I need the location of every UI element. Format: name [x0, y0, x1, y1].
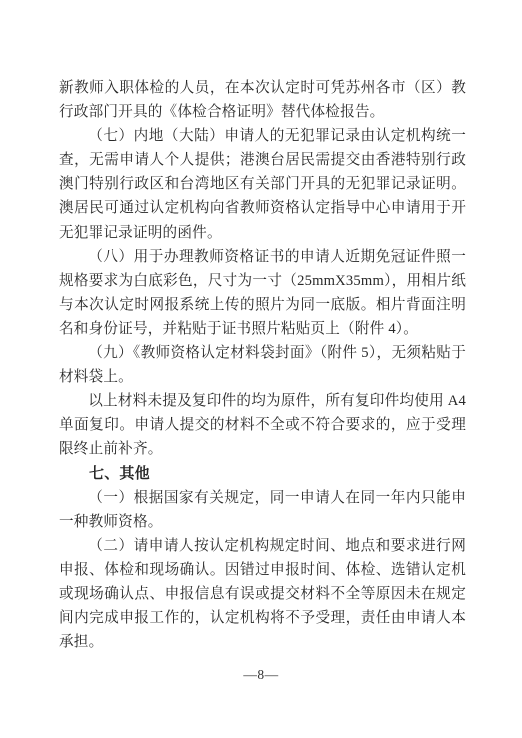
document-line: 行政部门开具的《体检合格证明》替代体检报告。	[59, 100, 466, 124]
document-line: 查，无需申请人个人提供；港澳台居民需提交由香港特别行政区、	[59, 148, 466, 172]
document-line: 承担。	[59, 630, 466, 654]
document-body: 新教师入职体检的人员，在本次认定时可凭苏州各市（区）教育 行政部门开具的《体检合…	[59, 76, 466, 654]
document-line: （七）内地（大陆）申请人的无犯罪记录由认定机构统一核	[59, 124, 466, 148]
document-line: 间内完成申报工作的，认定机构将不予受理，责任由申请人本人	[59, 606, 466, 630]
document-line: （一）根据国家有关规定，同一申请人在同一年内只能申请	[59, 486, 466, 510]
document-line: 澳居民可通过认定机构向省教师资格认定指导中心申请用于开具	[59, 196, 466, 220]
document-line: 名和身份证号，并粘贴于证书照片粘贴页上（附件 4）。	[59, 317, 466, 341]
page-number: —8—	[0, 664, 522, 686]
document-line: 单面复印。申请人提交的材料不全或不符合要求的，应于受理期	[59, 413, 466, 437]
document-line: 无犯罪记录证明的函件。	[59, 221, 466, 245]
document-line: 或现场确认点、申报信息有误或提交材料不全等原因未在规定时	[59, 582, 466, 606]
document-line: 与本次认定时网报系统上传的照片为同一底版。相片背面注明姓	[59, 293, 466, 317]
document-line: 规格要求为白底彩色，尺寸为一寸（25mmX35mm），用相片纸冲印，	[59, 269, 466, 293]
document-line: 申报、体检和现场确认。因错过申报时间、体检、选错认定机构	[59, 558, 466, 582]
document-page: 新教师入职体检的人员，在本次认定时可凭苏州各市（区）教育 行政部门开具的《体检合…	[0, 0, 522, 738]
document-line: 限终止前补齐。	[59, 437, 466, 461]
document-line: （八）用于办理教师资格证书的申请人近期免冠证件照一张，	[59, 245, 466, 269]
section-heading: 七、其他	[59, 462, 466, 486]
document-line: 材料袋上。	[59, 365, 466, 389]
document-line: 一种教师资格。	[59, 510, 466, 534]
document-line: 新教师入职体检的人员，在本次认定时可凭苏州各市（区）教育	[59, 76, 466, 100]
document-line: 澳门特别行政区和台湾地区有关部门开具的无犯罪记录证明。港	[59, 172, 466, 196]
document-line: 以上材料未提及复印件的均为原件，所有复印件均使用 A4 纸	[59, 389, 466, 413]
document-line: （二）请申请人按认定机构规定时间、地点和要求进行网上	[59, 534, 466, 558]
document-line: （九）《教师资格认定材料袋封面》（附件 5），无须粘贴于	[59, 341, 466, 365]
